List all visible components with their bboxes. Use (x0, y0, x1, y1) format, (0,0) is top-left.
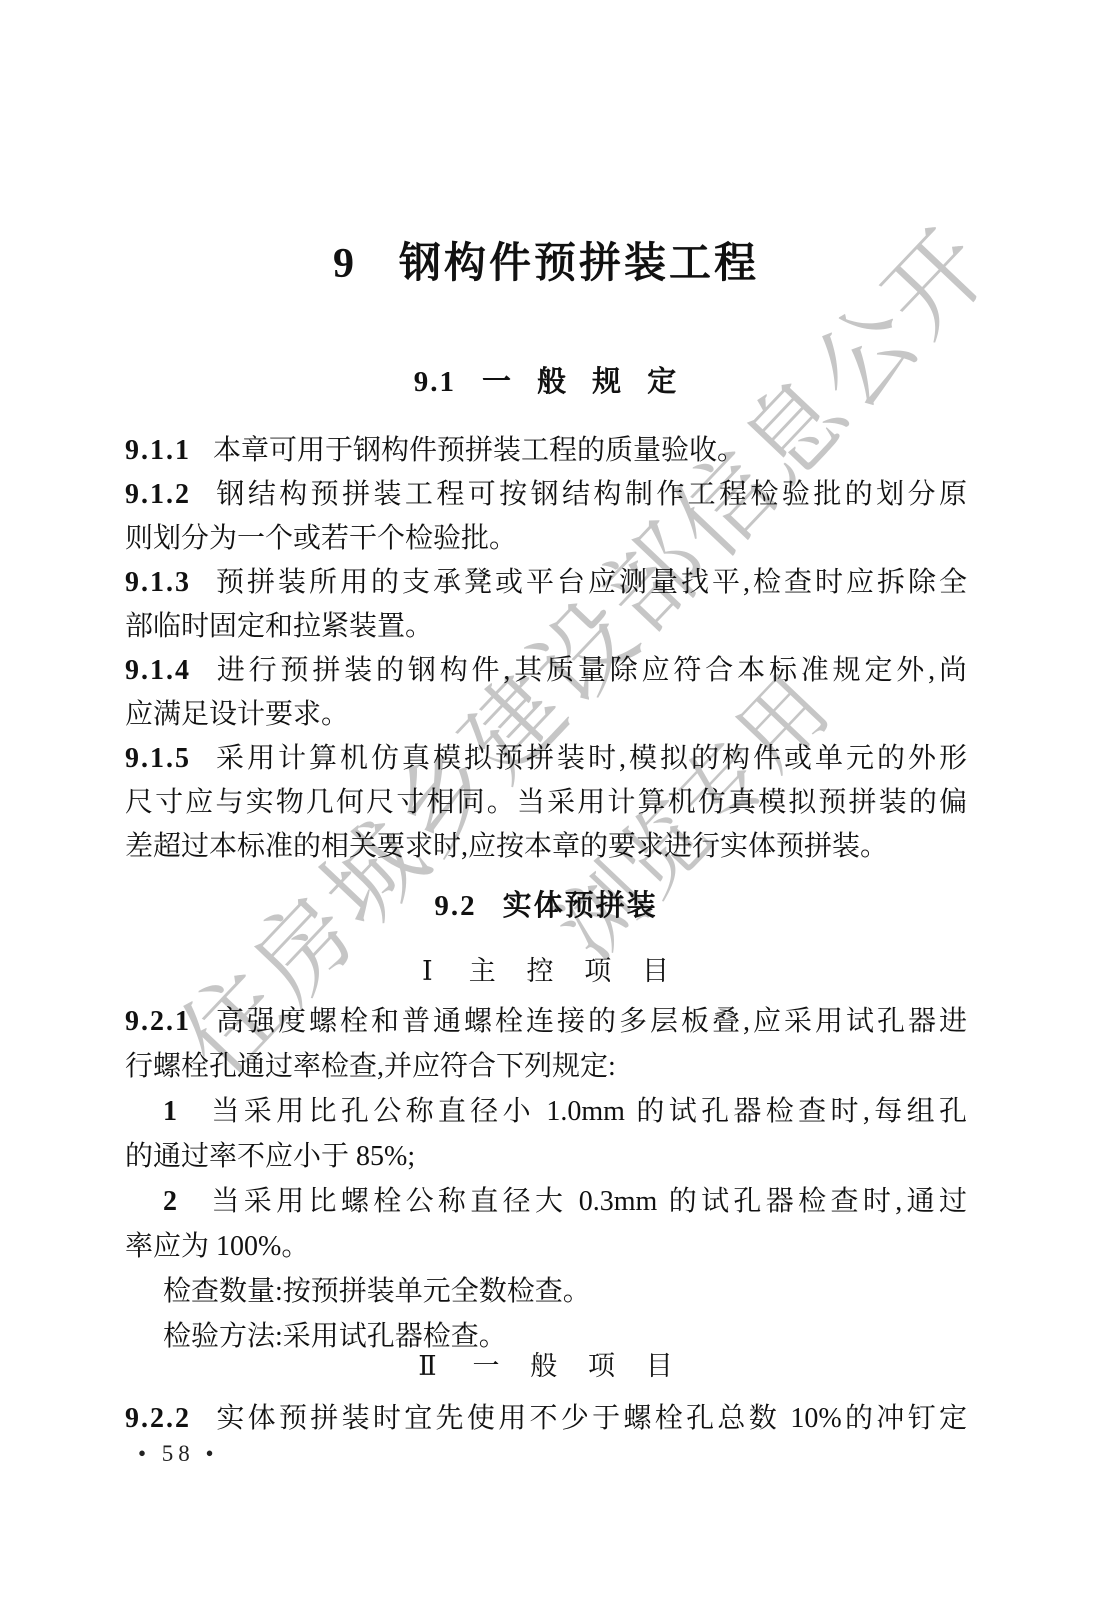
section-9-2-body: 9.2.1高强度螺栓和普通螺栓连接的多层板叠,应采用试孔器进 行螺栓孔通过率检查… (125, 999, 967, 1359)
clause-text: 本章可用于钢构件预拼装工程的质量验收。 (213, 435, 745, 466)
clause-text: 钢结构预拼装工程可按钢结构制作工程检验批的划分原 (213, 479, 967, 510)
section-9-1-heading: 9.1一 般 规 定 (125, 365, 967, 399)
clause-label: 9.1.1 (125, 435, 191, 466)
page-content: 9钢构件预拼装工程 9.1一 般 规 定 9.1.1本章可用于钢构件预拼装工程的… (125, 0, 967, 1598)
clause-label: 9.2.1 (125, 1006, 191, 1037)
clause-line: 的通过率不应小于 85%; (125, 1134, 967, 1179)
main-control-items-label: 主 控 项 目 (469, 956, 670, 986)
clause-text: 检查数量:按预拼装单元全数检查。 (163, 1276, 591, 1307)
clause-text: 预拼装所用的支承凳或平台应测量找平,检查时应拆除全 (213, 567, 967, 598)
clause-line: 9.1.1本章可用于钢构件预拼装工程的质量验收。 (125, 429, 967, 473)
section-9-1-body: 9.1.1本章可用于钢构件预拼装工程的质量验收。 9.1.2钢结构预拼装工程可按… (125, 429, 967, 869)
clause-line: 9.1.3预拼装所用的支承凳或平台应测量找平,检查时应拆除全 (125, 561, 967, 605)
subitem-number: 2 (163, 1186, 179, 1217)
clause-label: 9.2.2 (125, 1403, 191, 1434)
section-9-2-heading: 9.2实体预拼装 (125, 889, 967, 923)
section-9-2-number: 9.2 (434, 890, 476, 922)
clause-text: 率应为 100%。 (125, 1231, 309, 1262)
section-9-1-name: 一 般 规 定 (482, 366, 678, 398)
clause-text: 则划分为一个或若干个检验批。 (125, 523, 517, 554)
clause-line: 9.1.4进行预拼装的钢构件,其质量除应符合本标准规定外,尚 (125, 649, 967, 693)
subitem-number: 1 (163, 1096, 179, 1127)
clause-line: 应满足设计要求。 (125, 693, 967, 737)
clause-text: 进行预拼装的钢构件,其质量除应符合本标准规定外,尚 (213, 655, 967, 686)
clause-label: 9.1.5 (125, 743, 191, 774)
roman-numeral-1: Ⅰ (422, 956, 433, 986)
clause-text: 采用计算机仿真模拟预拼装时,模拟的构件或单元的外形 (213, 743, 967, 774)
chapter-name: 钢构件预拼装工程 (399, 241, 759, 287)
clause-text: 高强度螺栓和普通螺栓连接的多层板叠,应采用试孔器进 (213, 1006, 967, 1037)
chapter-number: 9 (333, 241, 357, 287)
document-page: 住房城乡建设部信息公开 浏览专用 9钢构件预拼装工程 9.1一 般 规 定 9.… (0, 0, 1106, 1598)
clause-line: 率应为 100%。 (125, 1224, 967, 1269)
clause-line: 差超过本标准的相关要求时,应按本章的要求进行实体预拼装。 (125, 825, 967, 869)
clause-text: 实体预拼装时宜先使用不少于螺栓孔总数 10%的冲钉定 (213, 1403, 967, 1434)
clause-label: 9.1.4 (125, 655, 191, 686)
clause-text: 检验方法:采用试孔器检查。 (163, 1321, 507, 1352)
page-number: • 58 • (138, 1441, 219, 1467)
clause-text: 部临时固定和拉紧装置。 (125, 611, 433, 642)
clause-line: 9.1.2钢结构预拼装工程可按钢结构制作工程检验批的划分原 (125, 473, 967, 517)
clause-label: 9.1.2 (125, 479, 191, 510)
clause-text: 差超过本标准的相关要求时,应按本章的要求进行实体预拼装。 (125, 831, 888, 862)
inspection-quantity-line: 检查数量:按预拼装单元全数检查。 (125, 1269, 967, 1314)
clause-text: 的通过率不应小于 85%; (125, 1141, 415, 1172)
clause-line: 9.1.5采用计算机仿真模拟预拼装时,模拟的构件或单元的外形 (125, 737, 967, 781)
clause-line: 9.2.1高强度螺栓和普通螺栓连接的多层板叠,应采用试孔器进 (125, 999, 967, 1044)
clause-text: 行螺栓孔通过率检查,并应符合下列规定: (125, 1051, 616, 1082)
section-9-2-name: 实体预拼装 (503, 890, 658, 922)
clause-line: 部临时固定和拉紧装置。 (125, 605, 967, 649)
section-9-1-number: 9.1 (414, 366, 456, 398)
clause-text: 当采用比螺栓公称直径大 0.3mm 的试孔器检查时,通过 (207, 1186, 967, 1217)
clause-text: 当采用比孔公称直径小 1.0mm 的试孔器检查时,每组孔 (207, 1096, 967, 1127)
main-control-items-heading: Ⅰ主 控 项 目 (125, 955, 967, 987)
clause-line: 行螺栓孔通过率检查,并应符合下列规定: (125, 1044, 967, 1089)
clause-line: 尺寸应与实物几何尺寸相同。当采用计算机仿真模拟预拼装的偏 (125, 781, 967, 825)
subitem-line: 2当采用比螺栓公称直径大 0.3mm 的试孔器检查时,通过 (125, 1179, 967, 1224)
general-items-heading: Ⅱ一 般 项 目 (125, 1350, 967, 1382)
clause-text: 尺寸应与实物几何尺寸相同。当采用计算机仿真模拟预拼装的偏 (125, 787, 967, 818)
roman-numeral-2: Ⅱ (418, 1351, 436, 1381)
clause-9-2-2-body: 9.2.2实体预拼装时宜先使用不少于螺栓孔总数 10%的冲钉定 (125, 1396, 967, 1441)
subitem-line: 1当采用比孔公称直径小 1.0mm 的试孔器检查时,每组孔 (125, 1089, 967, 1134)
general-items-label: 一 般 项 目 (473, 1351, 674, 1381)
clause-line: 则划分为一个或若干个检验批。 (125, 517, 967, 561)
chapter-title: 9钢构件预拼装工程 (125, 240, 967, 288)
clause-label: 9.1.3 (125, 567, 191, 598)
clause-line: 9.2.2实体预拼装时宜先使用不少于螺栓孔总数 10%的冲钉定 (125, 1396, 967, 1441)
clause-text: 应满足设计要求。 (125, 699, 349, 730)
